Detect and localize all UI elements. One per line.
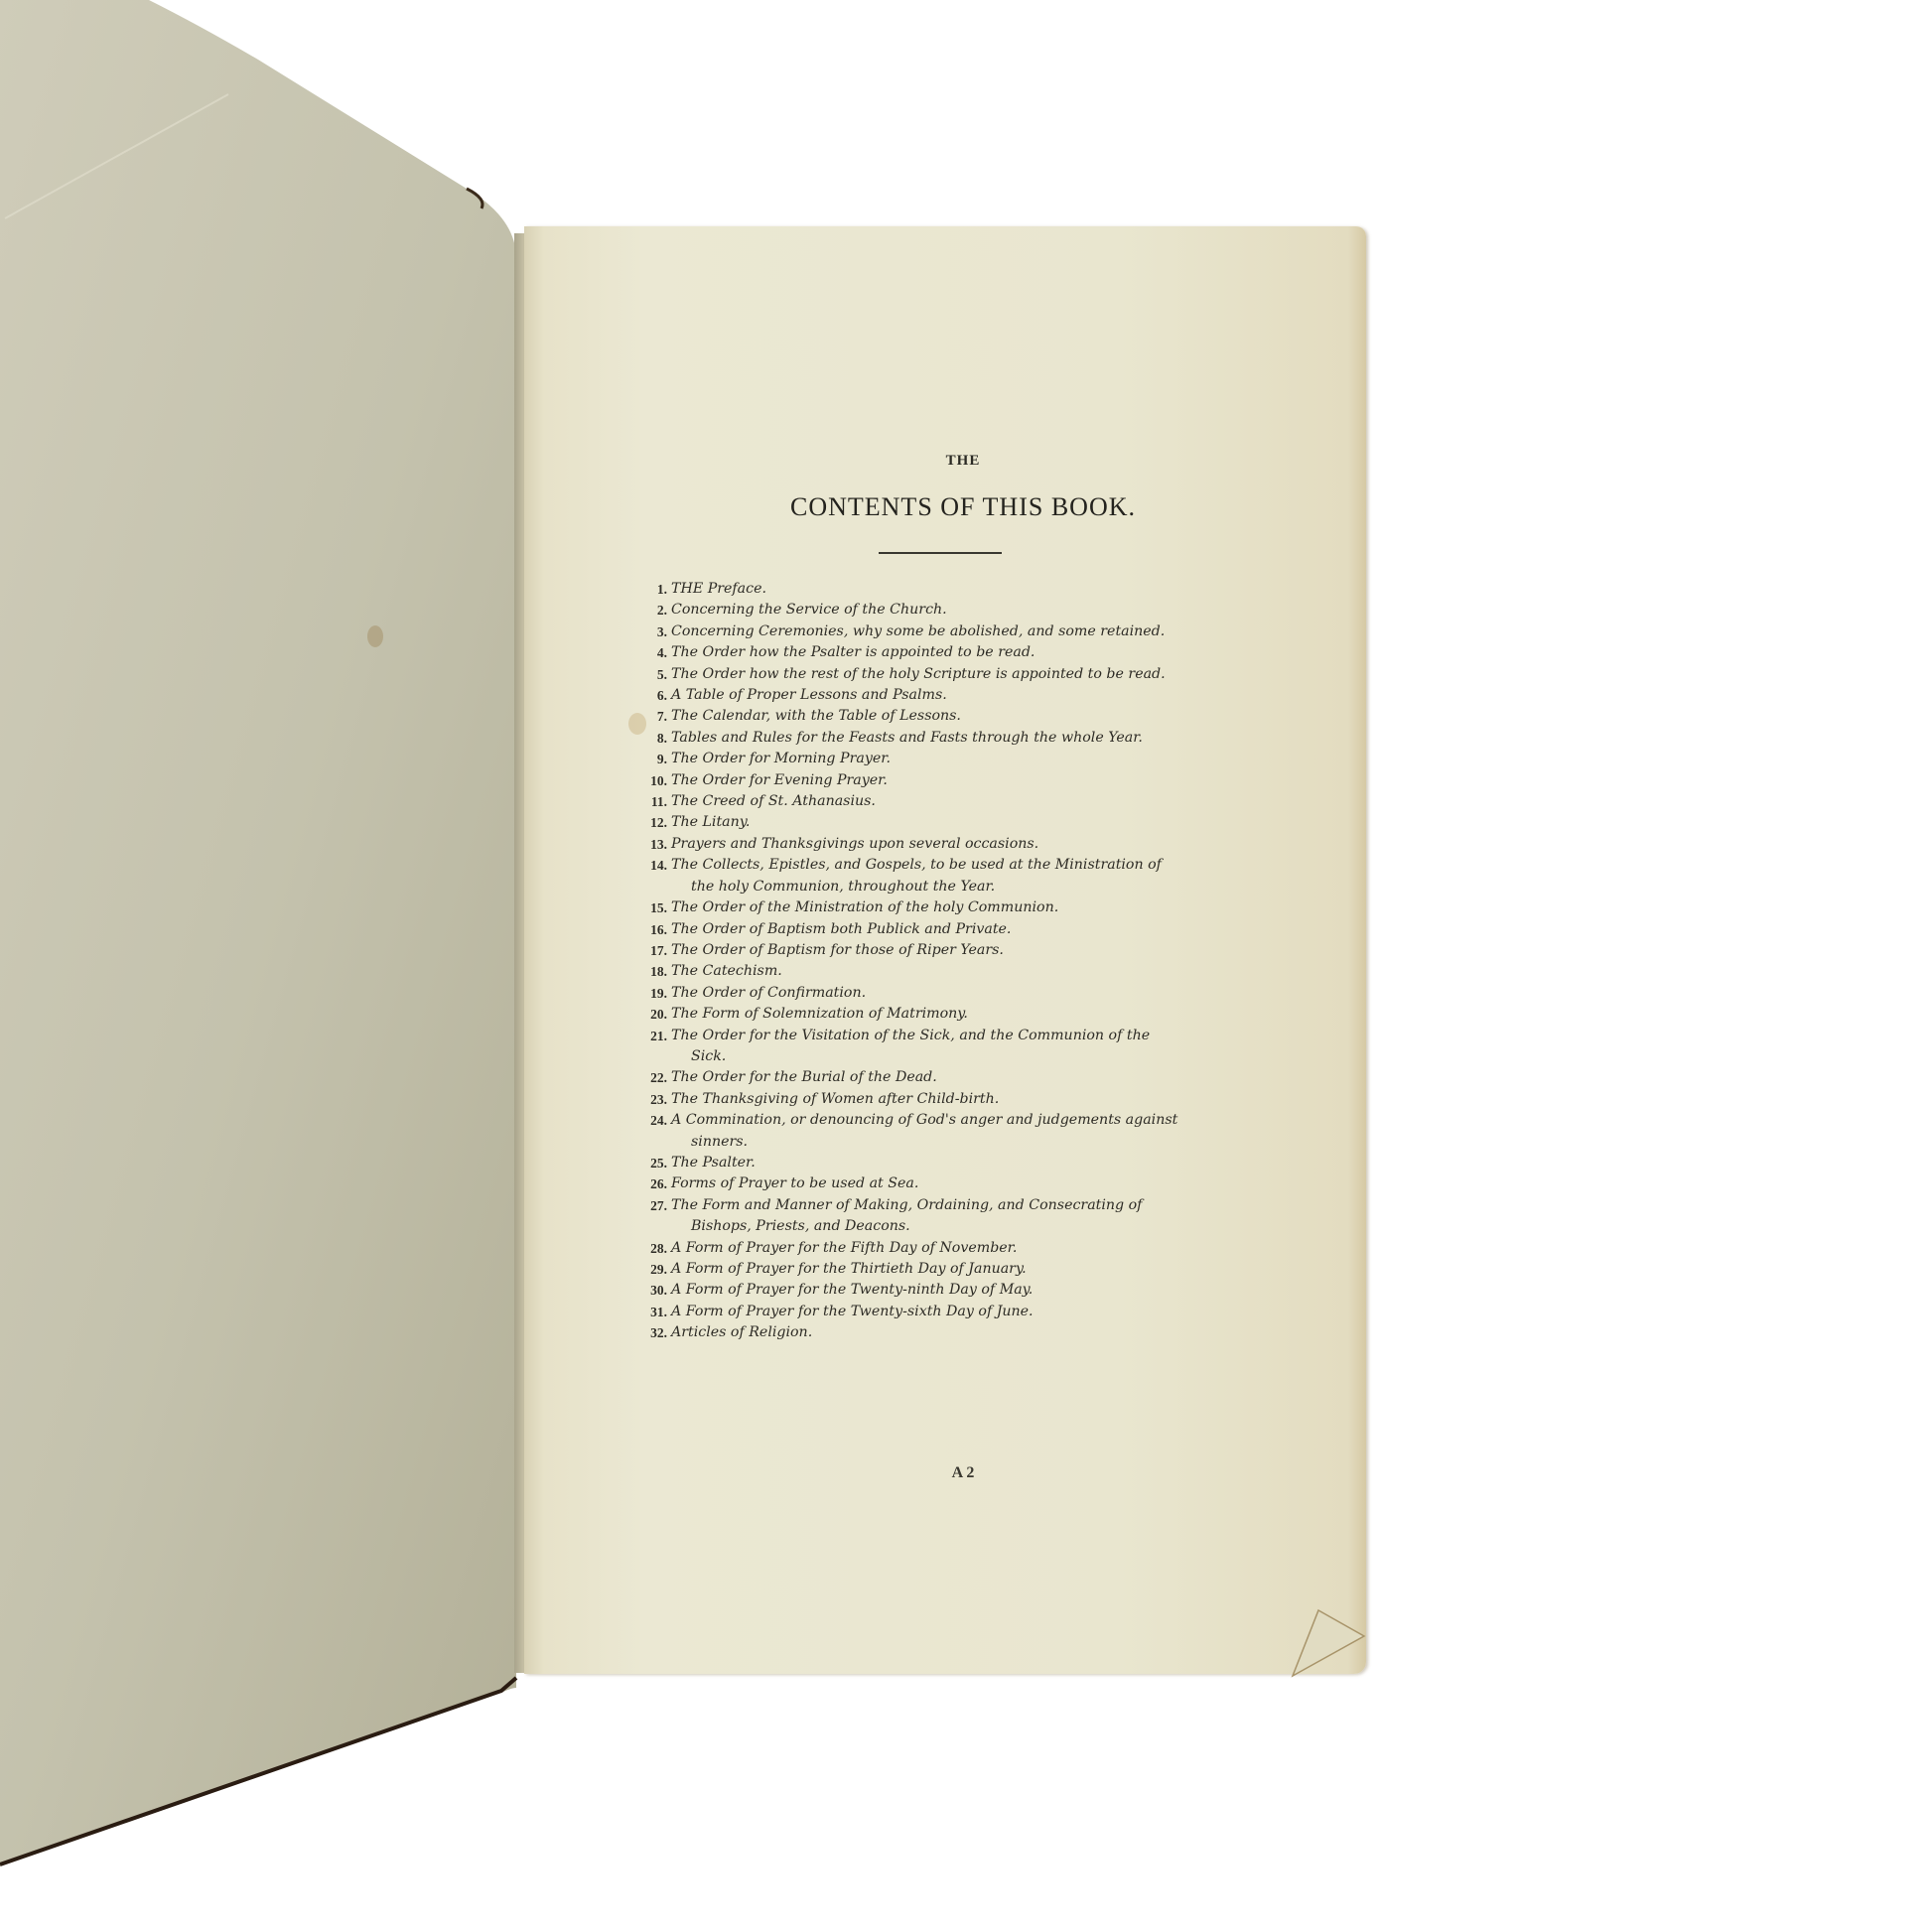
item-title-continuation: Bishops, Priests, and Deacons. (671, 1216, 1259, 1237)
item-number: 30. (643, 1280, 667, 1301)
contents-list-item: 13.Prayers and Thanksgivings upon severa… (643, 834, 1259, 855)
item-number: 21. (643, 1026, 667, 1046)
contents-list-item: 19.The Order of Confirmation. (643, 983, 1259, 1004)
contents-list-item: 2.Concerning the Service of the Church. (643, 600, 1259, 621)
item-number: 16. (643, 919, 667, 940)
item-number: 26. (643, 1173, 667, 1194)
left-page-blank (0, 0, 556, 1886)
item-number: 13. (643, 834, 667, 855)
item-number: 8. (643, 728, 667, 749)
item-number: 18. (643, 961, 667, 982)
item-title-continuation: sinners. (671, 1132, 1259, 1153)
item-title: The Form and Manner of Making, Ordaining… (671, 1195, 1259, 1216)
item-number: 9. (643, 749, 667, 769)
item-number: 15. (643, 897, 667, 918)
contents-list-item: 24.A Commination, or denouncing of God's… (643, 1110, 1259, 1153)
contents-list-item: 6.A Table of Proper Lessons and Psalms. (643, 685, 1259, 706)
contents-list-item: 12.The Litany. (643, 812, 1259, 833)
contents-list-item: 26.Forms of Prayer to be used at Sea. (643, 1173, 1259, 1194)
item-title: A Commination, or denouncing of God's an… (671, 1110, 1259, 1131)
contents-list-item: 25.The Psalter. (643, 1153, 1259, 1173)
contents-list-item: 32.Articles of Religion. (643, 1322, 1259, 1343)
item-number: 19. (643, 983, 667, 1004)
item-number: 14. (643, 855, 667, 876)
item-title: A Table of Proper Lessons and Psalms. (671, 685, 1259, 706)
item-title: Concerning Ceremonies, why some be aboli… (671, 621, 1259, 642)
item-number: 25. (643, 1153, 667, 1173)
contents-list-item: 11.The Creed of St. Athanasius. (643, 791, 1259, 812)
item-number: 29. (643, 1259, 667, 1280)
signature-mark: A 2 (524, 1464, 1366, 1482)
item-title: The Order for Morning Prayer. (671, 749, 1259, 769)
item-title: The Order for Evening Prayer. (671, 770, 1259, 791)
item-number: 2. (643, 600, 667, 621)
item-number: 27. (643, 1195, 667, 1216)
item-title: The Order for the Burial of the Dead. (671, 1067, 1259, 1088)
item-title-continuation: the holy Communion, throughout the Year. (671, 877, 1259, 897)
item-title: Prayers and Thanksgivings upon several o… (671, 834, 1259, 855)
item-title: A Form of Prayer for the Twenty-ninth Da… (671, 1280, 1259, 1301)
item-number: 12. (643, 812, 667, 833)
contents-list-item: 27.The Form and Manner of Making, Ordain… (643, 1195, 1259, 1238)
title-rule-divider (879, 552, 1002, 554)
contents-list-item: 22.The Order for the Burial of the Dead. (643, 1067, 1259, 1088)
item-title: The Order how the Psalter is appointed t… (671, 642, 1259, 663)
item-number: 17. (643, 940, 667, 961)
contents-list-item: 30.A Form of Prayer for the Twenty-ninth… (643, 1280, 1259, 1301)
item-number: 1. (643, 579, 667, 600)
item-title: Concerning the Service of the Church. (671, 600, 1259, 621)
foxing-stain (628, 713, 646, 735)
item-title: Articles of Religion. (671, 1322, 1259, 1343)
contents-list-item: 29.A Form of Prayer for the Thirtieth Da… (643, 1259, 1259, 1280)
left-page-shape (0, 0, 556, 1886)
item-title: The Order of Baptism both Publick and Pr… (671, 919, 1259, 940)
contents-list-item: 5.The Order how the rest of the holy Scr… (643, 664, 1259, 685)
contents-list-item: 17.The Order of Baptism for those of Rip… (643, 940, 1259, 961)
item-number: 22. (643, 1067, 667, 1088)
item-title: The Calendar, with the Table of Lessons. (671, 706, 1259, 727)
item-number: 7. (643, 706, 667, 727)
item-title: The Collects, Epistles, and Gospels, to … (671, 855, 1259, 876)
item-title: A Form of Prayer for the Fifth Day of No… (671, 1238, 1259, 1259)
item-number: 4. (643, 642, 667, 663)
item-title: The Order how the rest of the holy Scrip… (671, 664, 1259, 685)
item-title: The Catechism. (671, 961, 1259, 982)
contents-list-item: 14.The Collects, Epistles, and Gospels, … (643, 855, 1259, 897)
contents-list-item: 9.The Order for Morning Prayer. (643, 749, 1259, 769)
item-number: 24. (643, 1110, 667, 1131)
contents-list-item: 16.The Order of Baptism both Publick and… (643, 919, 1259, 940)
item-number: 32. (643, 1322, 667, 1343)
contents-list-item: 15.The Order of the Ministration of the … (643, 897, 1259, 918)
page-title: CONTENTS OF THIS BOOK. (524, 492, 1366, 522)
item-title: The Litany. (671, 812, 1259, 833)
item-number: 23. (643, 1089, 667, 1110)
item-number: 11. (643, 791, 667, 812)
contents-list-item: 7.The Calendar, with the Table of Lesson… (643, 706, 1259, 727)
item-title: The Creed of St. Athanasius. (671, 791, 1259, 812)
item-number: 28. (643, 1238, 667, 1259)
item-title: The Form of Solemnization of Matrimony. (671, 1004, 1259, 1025)
item-title: Tables and Rules for the Feasts and Fast… (671, 728, 1259, 749)
contents-list-item: 1.THE Preface. (643, 579, 1259, 600)
contents-list-item: 18.The Catechism. (643, 961, 1259, 982)
contents-list-item: 8.Tables and Rules for the Feasts and Fa… (643, 728, 1259, 749)
item-number: 10. (643, 770, 667, 791)
contents-list: 1.THE Preface.2.Concerning the Service o… (643, 579, 1259, 1344)
contents-page: THE CONTENTS OF THIS BOOK. 1.THE Preface… (524, 226, 1366, 1674)
item-title: The Order of Confirmation. (671, 983, 1259, 1004)
contents-list-item: 21.The Order for the Visitation of the S… (643, 1026, 1259, 1068)
item-title: A Form of Prayer for the Twenty-sixth Da… (671, 1302, 1259, 1322)
item-number: 20. (643, 1004, 667, 1025)
item-title: The Order of Baptism for those of Riper … (671, 940, 1259, 961)
contents-list-item: 10.The Order for Evening Prayer. (643, 770, 1259, 791)
contents-list-item: 28.A Form of Prayer for the Fifth Day of… (643, 1238, 1259, 1259)
item-title: THE Preface. (671, 579, 1259, 600)
item-number: 5. (643, 664, 667, 685)
item-title: The Thanksgiving of Women after Child-bi… (671, 1089, 1259, 1110)
folded-corner-icon (1289, 1600, 1368, 1680)
item-number: 6. (643, 685, 667, 706)
item-title: Forms of Prayer to be used at Sea. (671, 1173, 1259, 1194)
item-title: The Order of the Ministration of the hol… (671, 897, 1259, 918)
item-number: 3. (643, 621, 667, 642)
item-title: The Order for the Visitation of the Sick… (671, 1026, 1259, 1046)
foxing-stain-left (367, 625, 383, 647)
heading-the: THE (524, 453, 1366, 470)
contents-list-item: 31.A Form of Prayer for the Twenty-sixth… (643, 1302, 1259, 1322)
contents-list-item: 3.Concerning Ceremonies, why some be abo… (643, 621, 1259, 642)
item-title: A Form of Prayer for the Thirtieth Day o… (671, 1259, 1259, 1280)
page-content: THE CONTENTS OF THIS BOOK. 1.THE Preface… (524, 226, 1366, 1674)
contents-list-item: 4.The Order how the Psalter is appointed… (643, 642, 1259, 663)
item-title-continuation: Sick. (671, 1046, 1259, 1067)
item-number: 31. (643, 1302, 667, 1322)
contents-list-item: 20.The Form of Solemnization of Matrimon… (643, 1004, 1259, 1025)
item-title: The Psalter. (671, 1153, 1259, 1173)
contents-list-item: 23.The Thanksgiving of Women after Child… (643, 1089, 1259, 1110)
